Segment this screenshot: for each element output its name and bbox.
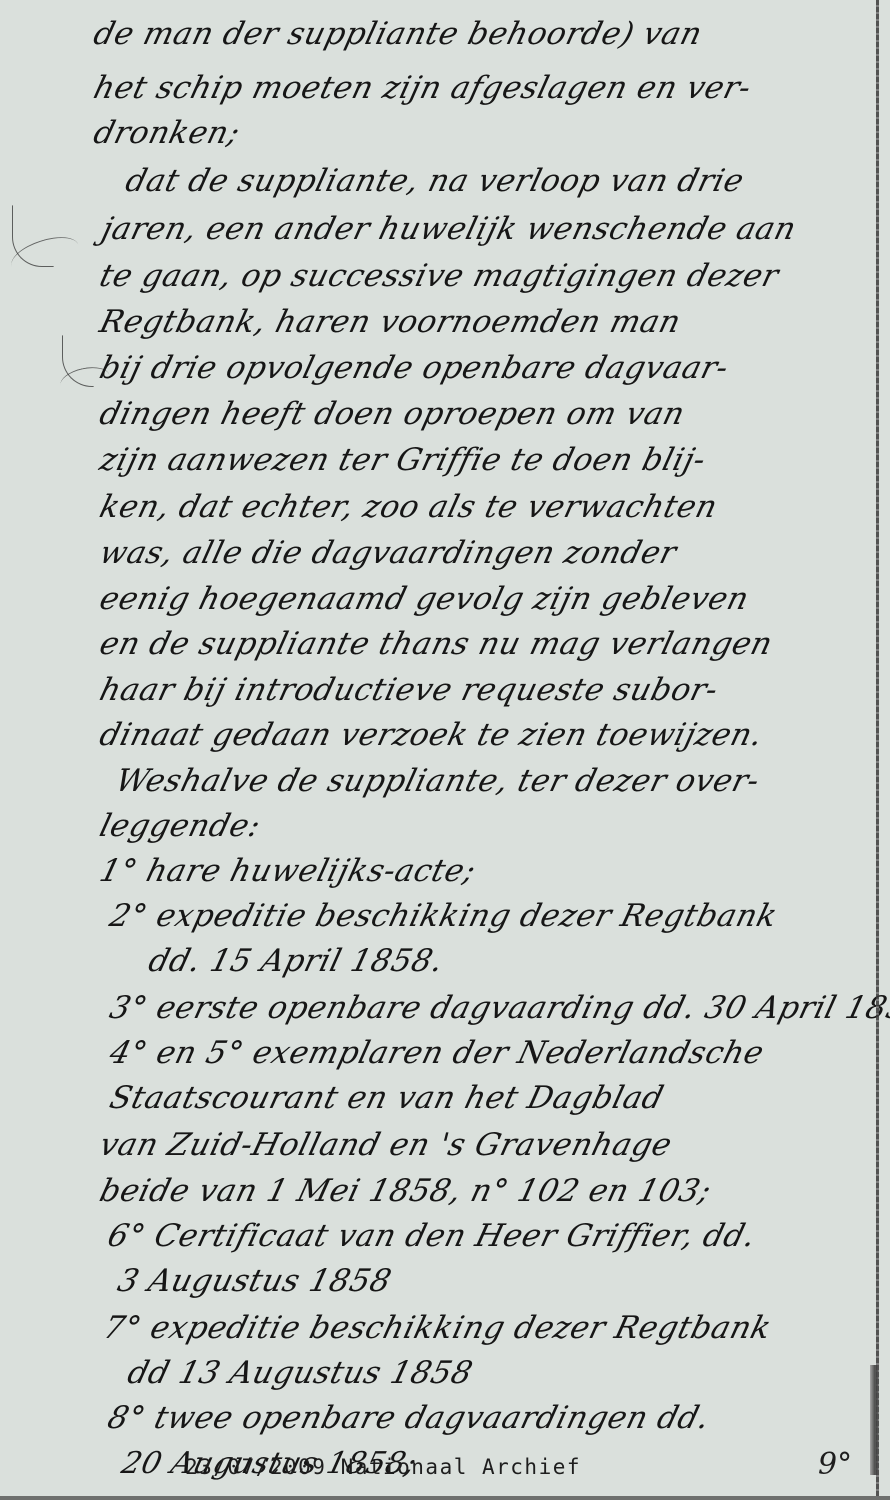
manuscript-line: bij drie opvolgende openbare dagvaar- <box>96 350 732 386</box>
manuscript-line: haar bij introductieve requeste subor- <box>96 672 722 708</box>
enclosure-item: 1° hare huwelijks-acte; <box>96 853 480 889</box>
enclosure-item: 8° twee openbare dagvaardingen dd. <box>104 1400 714 1436</box>
manuscript-line: en de suppliante thans nu mag verlangen <box>96 626 776 662</box>
manuscript-line: Regtbank, haren voornoemden man <box>96 304 685 340</box>
enclosure-item: 3° eerste openbare dagvaarding dd. 30 Ap… <box>106 990 890 1026</box>
manuscript-line: dinaat gedaan verzoek te zien toewijzen. <box>96 717 767 753</box>
manuscript-line: Weshalve de suppliante, ter dezer over- <box>112 763 763 799</box>
enclosure-item: 4° en 5° exemplaren der Nederlandsche <box>106 1035 768 1071</box>
manuscript-line: leggende: <box>96 808 264 844</box>
manuscript-line: jaren, een ander huwelijk wenschende aan <box>98 211 800 247</box>
enclosure-item: 7° expeditie beschikking dezer Regtbank <box>100 1310 775 1346</box>
enclosure-item-cont: beide van 1 Mei 1858, n° 102 en 103; <box>96 1173 715 1209</box>
enclosure-item-cont: Staatscourant en van het Dagblad <box>106 1080 667 1116</box>
manuscript-line: dronken; <box>90 115 244 151</box>
manuscript-line: dat de suppliante, na verloop van drie <box>122 163 748 199</box>
manuscript-line: eenig hoegenaamd gevolg zijn gebleven <box>96 581 753 617</box>
enclosure-item-cont: van Zuid-Holland en 's Gravenhage <box>96 1127 676 1163</box>
page-binding-edge <box>876 0 879 1500</box>
archive-stamp: 23/07/2009 Nationaal Archief <box>185 1455 581 1479</box>
enclosure-item: 6° Certificaat van den Heer Griffier, dd… <box>104 1218 759 1254</box>
enclosure-item-date: dd. 15 April 1858. <box>145 943 447 979</box>
manuscript-line: zijn aanwezen ter Griffie te doen blij- <box>96 442 710 478</box>
manuscript-line: te gaan, op successive magtigingen dezer <box>96 258 782 294</box>
scanned-manuscript-page: de man der suppliante behoorde) van het … <box>0 0 890 1500</box>
page-bottom-edge <box>0 1496 890 1500</box>
enclosure-item-date: 3 Augustus 1858 <box>114 1263 395 1299</box>
enclosure-item: 2° expeditie beschikking dezer Regtbank <box>106 898 781 934</box>
manuscript-line: het schip moeten zijn afgeslagen en ver- <box>90 70 755 106</box>
page-binding-shadow <box>870 1365 878 1475</box>
folio-number: 9° <box>818 1447 852 1482</box>
manuscript-line: dingen heeft doen oproepen om van <box>96 396 689 432</box>
manuscript-line: was, alle die dagvaardingen zonder <box>96 535 680 571</box>
enclosure-item-date: dd 13 Augustus 1858 <box>124 1355 476 1391</box>
manuscript-line: de man der suppliante behoorde) van <box>90 16 706 52</box>
manuscript-line: ken, dat echter, zoo als te verwachten <box>96 489 721 525</box>
